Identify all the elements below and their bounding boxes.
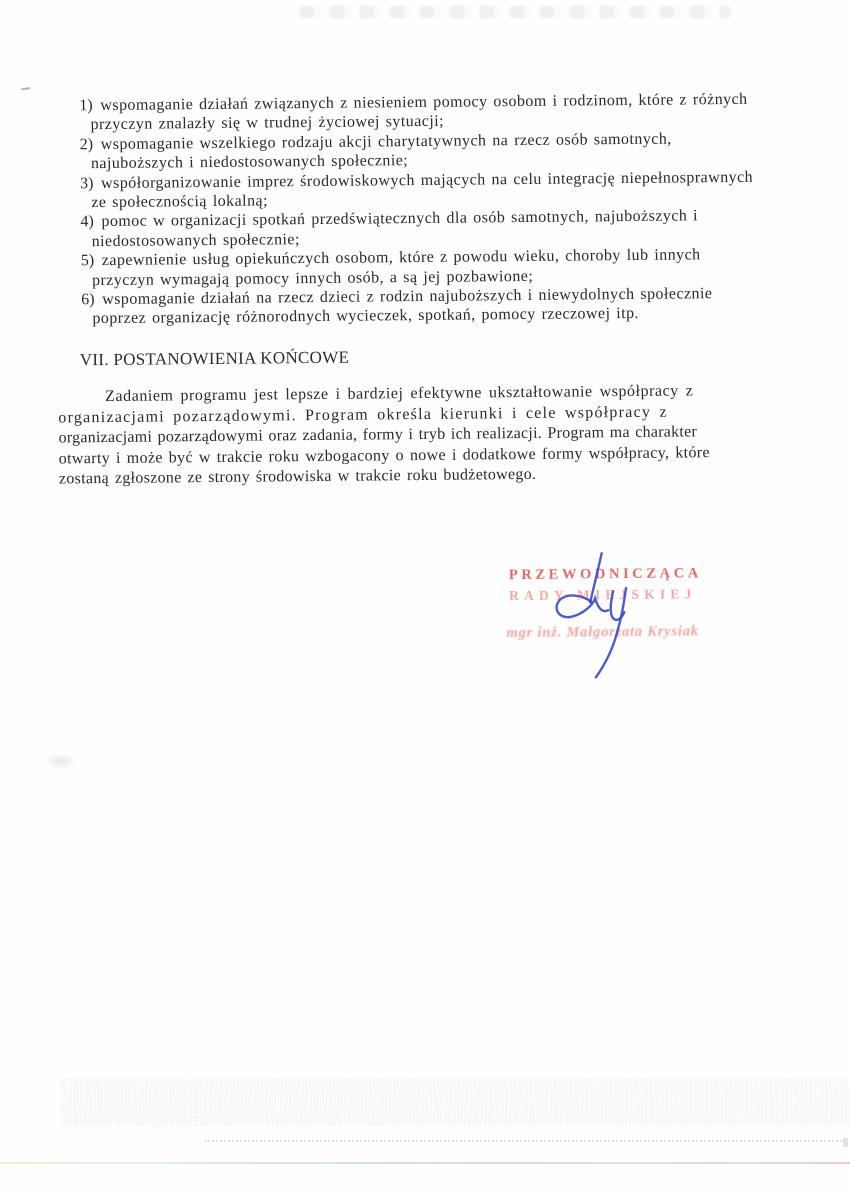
bleedthrough-noise-band: [60, 1078, 850, 1126]
scan-corner-mark: [843, 1138, 848, 1147]
numbered-list: 1)wspomaganie działań związanych z niesi…: [79, 89, 821, 329]
signature-ink: [542, 538, 673, 689]
scan-artifact-top: [300, 6, 730, 18]
list-item-number: 2): [80, 135, 101, 155]
list-item: 6)wspomaganie działań na rzecz dzieci z …: [81, 283, 821, 329]
scanned-page: 1)wspomaganie działań związanych z niesi…: [0, 0, 850, 1193]
pencil-smudge: [44, 753, 78, 769]
body-paragraph: Zadaniem programu jest lepsze i bardziej…: [58, 380, 799, 490]
list-item-number: 6): [81, 290, 102, 310]
page-content: 1)wspomaganie działań związanych z niesi…: [0, 0, 850, 1193]
section-heading: VII. POSTANOWIENIA KOŃCOWE: [80, 348, 350, 371]
scan-edge-line: [0, 1162, 850, 1164]
list-item-number: 1): [79, 96, 100, 116]
scan-dotted-line: [205, 1140, 845, 1142]
pencil-mark-dash: [21, 87, 30, 90]
list-item-number: 3): [80, 174, 101, 194]
list-item-number: 4): [80, 212, 101, 232]
list-item-number: 5): [81, 251, 102, 271]
